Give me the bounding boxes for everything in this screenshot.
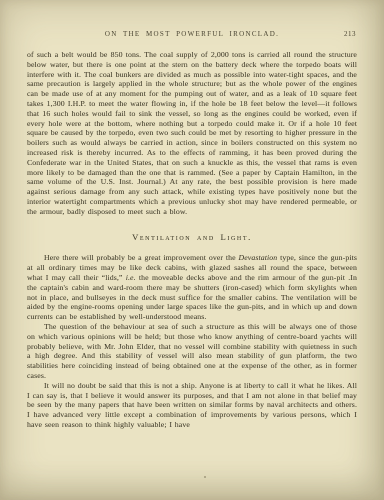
section-heading: Ventilation and Light.: [27, 233, 357, 243]
text-run: Here there will probably be a great impr…: [44, 253, 239, 262]
paragraph: Here there will probably be a great impr…: [27, 253, 357, 322]
italic-run: Devastation: [239, 253, 278, 262]
italic-run: i.e.: [126, 273, 136, 282]
paragraph: It will no doubt be said that this is no…: [27, 381, 357, 430]
paper-speck: [204, 476, 206, 478]
text-run: It will no doubt be said that this is no…: [27, 381, 357, 429]
running-header-title: ON THE MOST POWERFUL IRONCLAD.: [105, 30, 279, 38]
text-run: of such a belt would be 850 tons. The co…: [27, 50, 357, 216]
page-number: 213: [344, 30, 356, 38]
text-run: The question of the behaviour at sea of …: [27, 322, 357, 380]
running-header: ON THE MOST POWERFUL IRONCLAD. 213: [27, 30, 357, 42]
body-text: of such a belt would be 850 tons. The co…: [27, 50, 357, 430]
paragraph: The question of the behaviour at sea of …: [27, 322, 357, 381]
paragraph: of such a belt would be 850 tons. The co…: [27, 50, 357, 217]
scanned-book-page: ON THE MOST POWERFUL IRONCLAD. 213 of su…: [0, 0, 384, 500]
